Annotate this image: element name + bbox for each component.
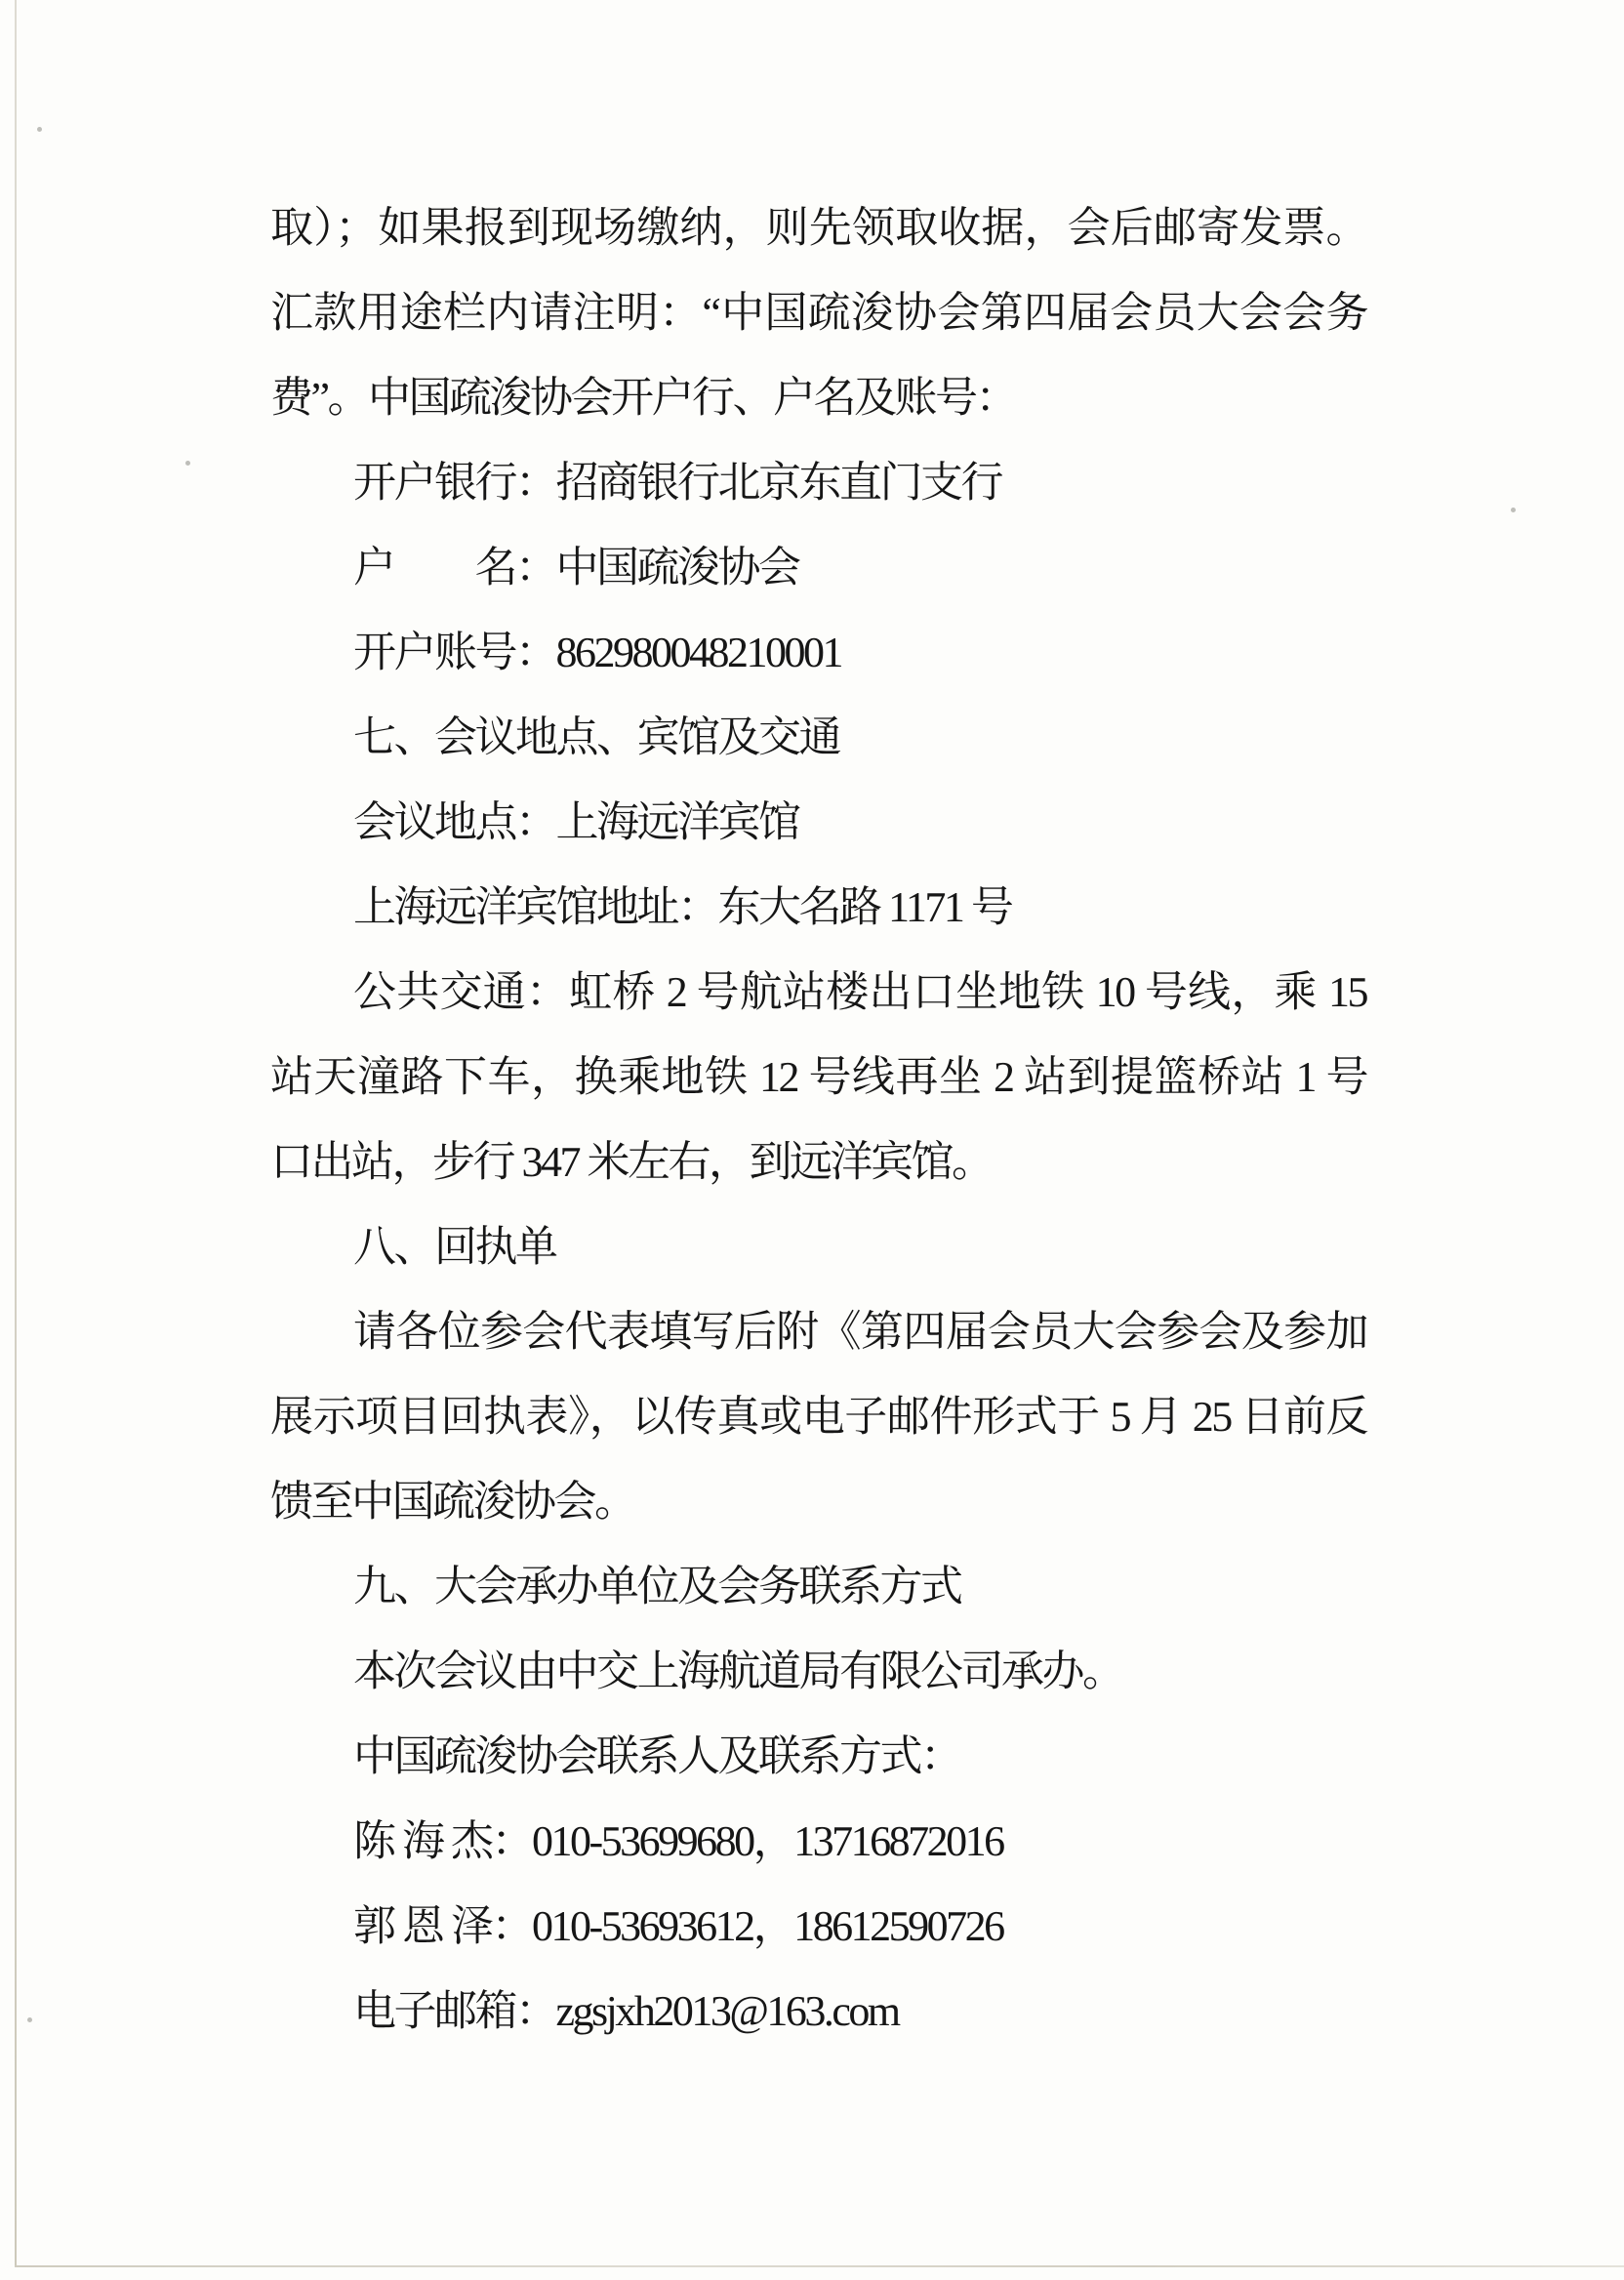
text-line: 费”。中国疏浚协会开户行、户名及账号： (270, 355, 1366, 440)
scan-page-edge-left (15, 0, 17, 2266)
scan-speck (1511, 508, 1516, 512)
text-line: 请各位参会代表填写后附《第四届会员大会参会及参加 (270, 1289, 1366, 1374)
text-line: 中国疏浚协会联系人及联系方式： (270, 1714, 1366, 1799)
text-line: 上海远洋宾馆地址：东大名路 1171 号 (270, 865, 1366, 950)
text-line: 口出站，步行 347 米左右，到远洋宾馆。 (270, 1120, 1366, 1204)
scan-speck (37, 127, 42, 132)
text-line: 汇款用途栏内请注明：“中国疏浚协会第四届会员大会会务 (270, 270, 1366, 355)
text-line: 户 名：中国疏浚协会 (270, 525, 1366, 610)
text-line: 八、回执单 (270, 1204, 1366, 1289)
text-line: 七、会议地点、宾馆及交通 (270, 695, 1366, 780)
scan-page-edge-bottom (15, 2265, 1624, 2267)
text-line: 公共交通：虹桥 2 号航站楼出口坐地铁 10 号线，乘 15 (270, 950, 1366, 1035)
text-line: 馈至中国疏浚协会。 (270, 1459, 1366, 1544)
text-line: 开户账号：862980048210001 (270, 610, 1366, 695)
text-line: 九、大会承办单位及会务联系方式 (270, 1544, 1366, 1629)
scan-speck (185, 461, 190, 466)
text-line: 取）；如果报到现场缴纳，则先领取收据，会后邮寄发票。 (270, 185, 1366, 270)
text-line: 郭 恩 泽：010-53693612，18612590726 (270, 1884, 1366, 1969)
text-line: 本次会议由中交上海航道局有限公司承办。 (270, 1629, 1366, 1714)
text-line: 开户银行：招商银行北京东直门支行 (270, 440, 1366, 525)
text-line: 电子邮箱：zgsjxh2013@163.com (270, 1969, 1366, 2054)
text-line: 站天潼路下车，换乘地铁 12 号线再坐 2 站到提篮桥站 1 号 (270, 1035, 1366, 1120)
document-text: 取）；如果报到现场缴纳，则先领取收据，会后邮寄发票。汇款用途栏内请注明：“中国疏… (270, 185, 1366, 2054)
document-page: 取）；如果报到现场缴纳，则先领取收据，会后邮寄发票。汇款用途栏内请注明：“中国疏… (0, 0, 1624, 2280)
text-line: 会议地点：上海远洋宾馆 (270, 780, 1366, 865)
text-line: 展示项目回执表》，以传真或电子邮件形式于 5 月 25 日前反 (270, 1374, 1366, 1459)
scan-speck (27, 2017, 32, 2022)
text-line: 陈 海 杰：010-53699680，13716872016 (270, 1799, 1366, 1884)
